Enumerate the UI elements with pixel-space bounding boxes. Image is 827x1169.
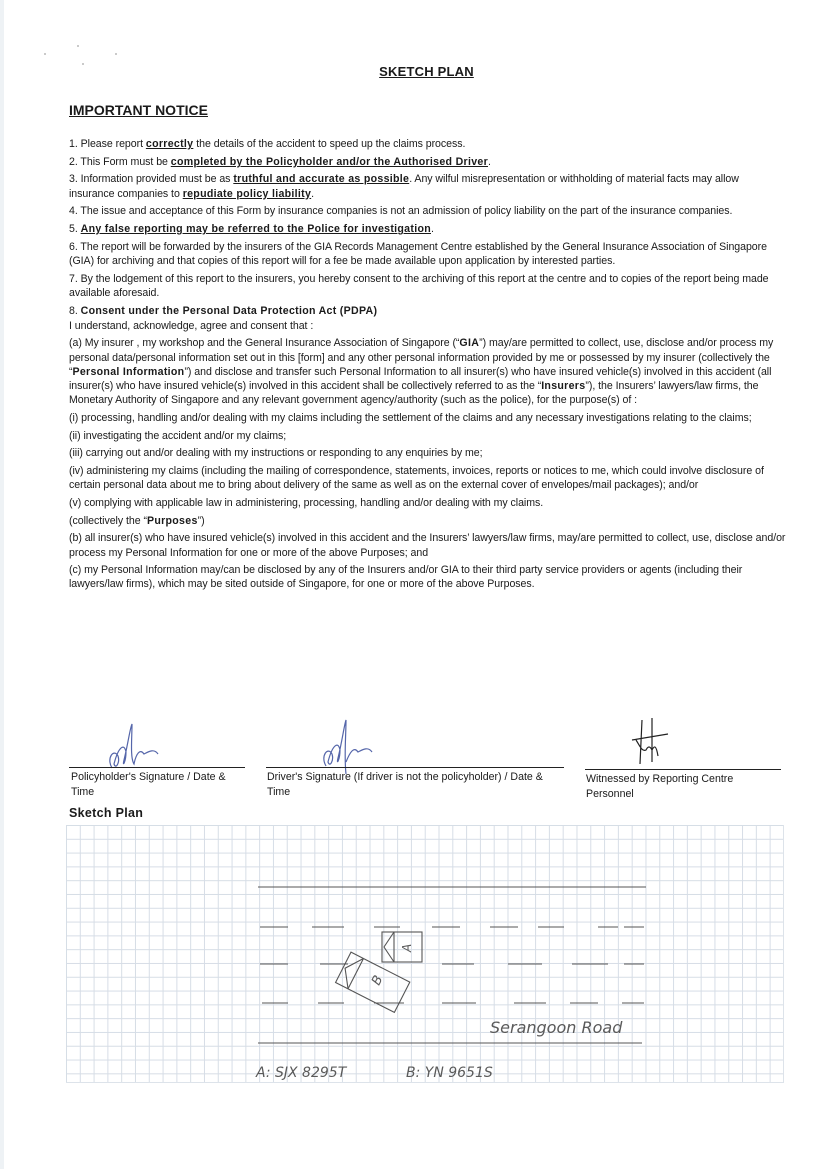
purpose-item: (ii) investigating the accident and/or m… [69,429,787,443]
clause-emphasis: Purposes [147,515,198,527]
notice-text: 8. [69,305,81,317]
clause-text: (collectively the “ [69,515,147,527]
notice-text: . [311,188,314,200]
scan-speck [115,53,117,55]
document-title: SKETCH PLAN [0,64,827,79]
clause-emphasis: Personal Information [72,366,184,378]
notice-item-1: 1. Please report correctly the details o… [69,137,787,151]
witness-signature-label: Witnessed by Reporting Centre Personnel [586,772,776,802]
witness-signature-line [585,769,781,770]
clause-text: ”) [198,515,205,527]
notice-text: 5. [69,223,81,235]
driver-signature-label: Driver's Signature (If driver is not the… [267,770,567,800]
notice-item-6: 6. The report will be forwarded by the i… [69,240,787,268]
notice-text: . [431,223,434,235]
notice-item-8: 8. Consent under the Personal Data Prote… [69,304,787,318]
notice-text: . [488,156,491,168]
notice-text: 1. Please report [69,138,146,150]
notice-emphasis: correctly [146,138,193,150]
vehicle-b-label: B [369,973,386,988]
road-name: Serangoon Road [490,1018,623,1037]
important-notice-heading: IMPORTANT NOTICE [69,102,208,118]
scan-edge [0,0,4,1169]
scan-speck [44,53,46,55]
notice-emphasis: truthful and accurate as possible [233,173,409,185]
vehicle-b-plate: B: YN 9651S [406,1065,493,1081]
notice-item-3: 3. Information provided must be as truth… [69,172,787,200]
notice-text: 3. Information provided must be as [69,173,233,185]
purpose-item: (v) complying with applicable law in adm… [69,496,787,510]
sketch-plan-form-page: SKETCH PLAN IMPORTANT NOTICE 1. Please r… [0,0,827,1169]
sketch-grid-area[interactable]: A B Serangoon Road A: SJX 8295T B: YN 96… [66,825,784,1083]
policyholder-signature-line [69,767,245,768]
notice-emphasis: repudiate policy liability [183,188,311,200]
scan-speck [77,45,79,47]
notice-item-2: 2. This Form must be completed by the Po… [69,155,787,169]
consent-clause-a: (a) My insurer , my workshop and the Gen… [69,336,787,407]
clause-emphasis: GIA [459,337,479,349]
notice-text: the details of the accident to speed up … [193,138,465,150]
notice-item-4: 4. The issue and acceptance of this Form… [69,204,787,218]
witness-signature [628,716,678,768]
collectively-purposes: (collectively the “Purposes”) [69,514,787,528]
purpose-item: (iii) carrying out and/or dealing with m… [69,446,787,460]
accident-sketch: A B Serangoon Road A: SJX 8295T B: YN 96… [66,825,783,1082]
vehicle-a-label: A [400,944,414,953]
driver-signature-line [266,767,564,768]
pdpa-heading: Consent under the Personal Data Protecti… [81,305,378,317]
clause-text: (a) My insurer , my workshop and the Gen… [69,337,459,349]
sketch-plan-heading: Sketch Plan [69,806,143,820]
purpose-item: (i) processing, handling and/or dealing … [69,411,787,425]
vehicle-a-plate: A: SJX 8295T [255,1065,348,1081]
notice-emphasis: Any false reporting may be referred to t… [81,223,431,235]
consent-clause-b: (b) all insurer(s) who have insured vehi… [69,531,787,559]
notice-item-5: 5. Any false reporting may be referred t… [69,222,787,236]
notice-emphasis: completed by the Policyholder and/or the… [171,156,488,168]
consent-clause-c: (c) my Personal Information may/can be d… [69,563,787,591]
important-notice-body: 1. Please report correctly the details o… [69,137,787,595]
consent-intro: I understand, acknowledge, agree and con… [69,319,787,333]
policyholder-signature-label: Policyholder's Signature / Date & Time [71,770,251,800]
clause-emphasis: Insurers [541,380,585,392]
purpose-item: (iv) administering my claims (including … [69,464,787,492]
notice-item-7: 7. By the lodgement of this report to th… [69,272,787,300]
notice-text: 2. This Form must be [69,156,171,168]
lane-dividers [260,927,644,1003]
